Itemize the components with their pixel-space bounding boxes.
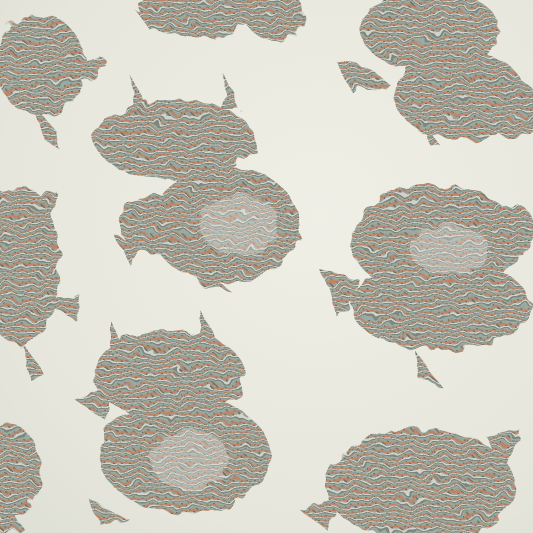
rose-top-right <box>335 0 533 150</box>
rose-top-center <box>135 0 305 40</box>
rose-bottom-right <box>300 430 520 533</box>
rose-right-middle <box>320 185 533 385</box>
fabric-photo <box>0 0 533 533</box>
rose-left-middle <box>0 185 80 380</box>
rose-bottom-center <box>75 310 270 525</box>
rose-top-left <box>0 15 105 150</box>
floral-pattern <box>0 0 533 533</box>
rose-bottom-left <box>0 425 40 533</box>
rose-center-left <box>95 75 300 290</box>
